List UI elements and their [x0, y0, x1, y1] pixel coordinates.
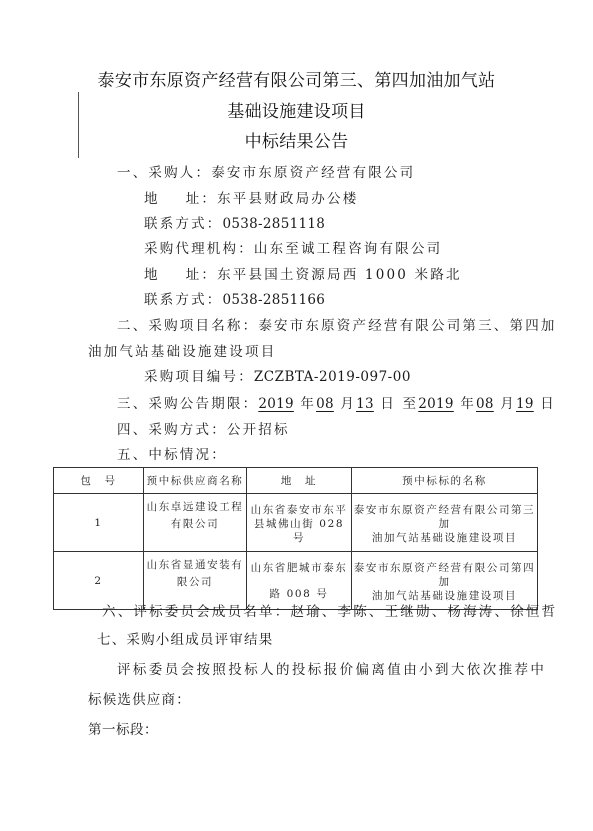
month-char: 月	[500, 396, 516, 412]
method-label: 四、采购方式：	[117, 422, 227, 438]
cell-package: 2	[54, 552, 144, 610]
header-package: 包 号	[54, 468, 144, 494]
project-name-continuation: 油加气站基础设施建设项目	[88, 344, 276, 360]
table-header-row: 包 号 预中标供应商名称 地 址 预中标标的名称	[54, 468, 538, 494]
procurement-method-line: 四、采购方式：公开招标	[117, 422, 290, 438]
end-day: 19	[516, 396, 534, 412]
method-value: 公开招标	[227, 422, 290, 438]
agency-line: 采购代理机构：山东至诚工程咨询有限公司	[144, 241, 442, 257]
start-day: 13	[356, 396, 374, 412]
cell-package: 1	[54, 494, 144, 552]
cell-supplier: 山东卓远建设工程 有限公司	[144, 494, 247, 552]
agency-contact-line: 联系方式：0538-2851166	[144, 292, 325, 308]
address-label-a: 地	[144, 191, 160, 207]
object-line-1: 泰安市东原资产经营有限公司第四加	[352, 561, 537, 589]
object-line-1: 泰安市东原资产经营有限公司第三加	[352, 503, 537, 531]
committee-label: 六、评标委员会成员名单：	[102, 604, 290, 620]
day-char: 日	[540, 396, 556, 412]
purchaser-line: 一、采购人：泰安市东原资产经营有限公司	[117, 165, 415, 181]
cell-object: 泰安市东原资产经营有限公司第四加 油加气站基础设施建设项目	[352, 552, 538, 610]
award-table: 包 号 预中标供应商名称 地 址 预中标标的名称 1 山东卓远建设工程 有限公司…	[53, 467, 538, 610]
start-year: 2019	[258, 396, 294, 412]
project-name-value: 泰安市东原资产经营有限公司第三、第四加	[258, 318, 556, 334]
header-address: 地 址	[247, 468, 352, 494]
review-paragraph-line-1: 评标委员会按照投标人的投标报价偏离值由小到大依次推荐中	[117, 662, 546, 678]
day-char: 日	[380, 396, 396, 412]
agency-label: 采购代理机构：	[144, 241, 254, 257]
period-label: 三、采购公告期限：	[117, 396, 258, 412]
object-line-2: 油加气站基础设施建设项目	[352, 589, 537, 603]
object-line-2: 油加气站基础设施建设项目	[352, 531, 537, 545]
agency-address-value: 东平县国土资源局西 1000 米路北	[217, 267, 462, 283]
address-line-1: 山东省肥城市泰东	[247, 561, 351, 575]
address-label-a: 地	[144, 267, 160, 283]
header-object: 预中标标的名称	[352, 468, 538, 494]
lot-1-heading: 第一标段：	[88, 722, 158, 738]
title-line-3: 中标结果公告	[0, 127, 593, 152]
address-label-b: 址：	[186, 191, 217, 207]
committee-members-line: 六、评标委员会成员名单：赵瑜、李陈、王继勋、杨海涛、徐恒哲	[102, 604, 557, 620]
purchaser-contact-line: 联系方式：0538-2851118	[144, 216, 325, 232]
supplier-line-2: 有限公司	[144, 517, 246, 531]
header-supplier: 预中标供应商名称	[144, 468, 247, 494]
project-no-line: 采购项目编号：ZCZBTA-2019-097-00	[144, 369, 411, 385]
cell-address: 山东省肥城市泰东 路 008 号	[247, 552, 352, 610]
address-line-2: 县城佛山街 028 号	[247, 517, 351, 545]
cell-address: 山东省泰安市东平 县城佛山街 028 号	[247, 494, 352, 552]
supplier-line-1: 山东卓远建设工程	[144, 500, 246, 514]
award-status-heading: 五、中标情况：	[117, 447, 227, 463]
review-result-heading: 七、采购小组成员评审结果	[97, 632, 273, 648]
project-no-label: 采购项目编号：	[144, 369, 254, 385]
purchaser-address-value: 东平县财政局办公楼	[217, 191, 358, 207]
end-month: 08	[476, 396, 494, 412]
agency-value: 山东至诚工程咨询有限公司	[254, 241, 442, 257]
to-char: 至	[403, 396, 419, 412]
year-char: 年	[460, 396, 476, 412]
project-no-value: ZCZBTA-2019-097-00	[254, 369, 411, 385]
month-char: 月	[340, 396, 356, 412]
supplier-line-1: 山东省显通安装有	[144, 558, 246, 572]
review-paragraph-line-2: 标候选供应商：	[88, 692, 191, 708]
cell-object: 泰安市东原资产经营有限公司第三加 油加气站基础设施建设项目	[352, 494, 538, 552]
start-month: 08	[316, 396, 334, 412]
table-row: 2 山东省显通安装有 限公司 山东省肥城市泰东 路 008 号 泰安市东原资产经…	[54, 552, 538, 610]
table-row: 1 山东卓远建设工程 有限公司 山东省泰安市东平 县城佛山街 028 号 泰安市…	[54, 494, 538, 552]
year-char: 年	[300, 396, 316, 412]
title-line-1: 泰安市东原资产经营有限公司第三、第四加油加气站	[0, 66, 593, 91]
purchaser-label: 一、采购人：	[117, 165, 211, 181]
project-name-label: 二、采购项目名称：	[117, 318, 258, 334]
end-year: 2019	[418, 396, 454, 412]
announcement-period-line: 三、采购公告期限：2019 年08 月13 日 至2019 年08 月19 日	[117, 396, 556, 412]
project-name-line: 二、采购项目名称：泰安市东原资产经营有限公司第三、第四加	[117, 318, 557, 334]
purchaser-value: 泰安市东原资产经营有限公司	[211, 165, 415, 181]
address-line-1: 山东省泰安市东平	[247, 503, 351, 517]
address-line-2: 路 008 号	[247, 587, 351, 601]
contact-label: 联系方式：	[144, 216, 223, 232]
supplier-line-2: 限公司	[144, 575, 246, 589]
purchaser-contact-value: 0538-2851118	[223, 216, 326, 232]
title-line-2: 基础设施建设项目	[0, 97, 593, 122]
agency-contact-value: 0538-2851166	[223, 292, 326, 308]
contact-label: 联系方式：	[144, 292, 223, 308]
cell-supplier: 山东省显通安装有 限公司	[144, 552, 247, 610]
purchaser-address-line: 地址：东平县财政局办公楼	[144, 191, 358, 207]
agency-address-line: 地址：东平县国土资源局西 1000 米路北	[144, 267, 462, 283]
committee-members: 赵瑜、李陈、王继勋、杨海涛、徐恒哲	[290, 604, 557, 620]
address-label-b: 址：	[186, 267, 217, 283]
